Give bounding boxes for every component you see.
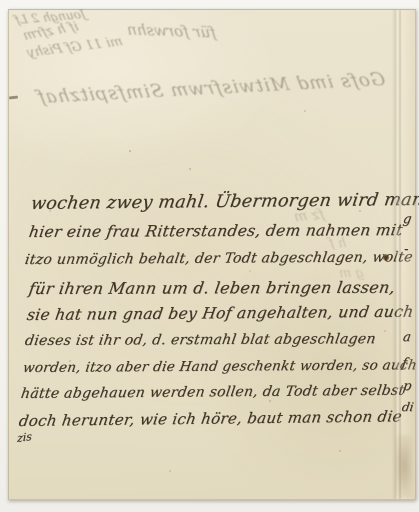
catchword-mark: zis <box>16 430 33 445</box>
ink-blot <box>383 254 389 261</box>
body-line: hier eine frau Ritterstandes, dem nahmen… <box>29 221 403 241</box>
fragment-text: di <box>401 400 415 414</box>
body-line-text: worden, itzo aber die Hand geschenkt wor… <box>22 357 418 376</box>
body-line: dieses ist ihr od, d. erstmahl blat abge… <box>25 331 376 349</box>
body-line: itzo unmöglich behalt, der Todt abgeschl… <box>25 249 413 268</box>
body-line-text: für ihren Mann um d. leben bringen lasse… <box>28 278 397 298</box>
body-line-text: doch herunter, wie ich höre, baut man sc… <box>18 407 403 430</box>
margin-ink-fragment: g <box>403 212 411 227</box>
margin-ink-fragment: p <box>403 379 411 394</box>
letter-paper: Joungh 2 Lf if h zfrm mi 11 Gf Pishy für… <box>8 9 416 500</box>
body-line-text: hätte abgehauen werden sollen, da Todt a… <box>20 383 406 402</box>
body-line-text: sie hat nun gnad bey Hof angehalten, und… <box>26 303 415 324</box>
margin-ink-fragment: a <box>403 330 411 345</box>
fragment-text: p <box>402 379 413 394</box>
body-line: sie hat nun gnad bey Hof angehalten, und… <box>27 303 414 324</box>
paper-speckles <box>129 150 131 152</box>
body-line: worden, itzo aber die Hand geschenkt wor… <box>23 357 417 376</box>
margin-ink-fragment: di <box>402 400 414 414</box>
fragment-text: a <box>402 330 412 345</box>
bleedthrough-text: Gofs imd Mitwisfrwm Simfspitzhaf <box>35 69 387 108</box>
body-line-text: hier eine frau Ritterstandes, dem nahmen… <box>28 221 404 241</box>
body-line: hätte abgehauen werden sollen, da Todt a… <box>21 383 405 402</box>
body-line-text: wochen zwey mahl. Übermorgen wird man <box>30 190 419 214</box>
body-line: doch herunter, wie ich höre, baut man sc… <box>19 407 402 430</box>
bleedthrough-title-line: für forwshn <box>127 20 216 41</box>
body-line-text: itzo unmöglich behalt, der Todt abgeschl… <box>24 249 414 268</box>
edge-ink-mark <box>9 96 18 100</box>
body-line-text: dieses ist ihr od, d. erstmahl blat abge… <box>24 331 377 349</box>
margin-ink-fragment: f <box>402 356 407 371</box>
bleedthrough-mid-line: Gofs imd Mitwisfrwm Simfspitzhaf <box>37 69 386 108</box>
catchword-text: zis <box>17 430 32 445</box>
edge-stain <box>395 435 413 497</box>
body-line: wochen zwey mahl. Übermorgen wird man <box>31 190 419 214</box>
fragment-text: g <box>402 212 413 227</box>
body-line: für ihren Mann um d. leben bringen lasse… <box>29 278 395 298</box>
bleedthrough-text: für forwshn <box>126 20 217 41</box>
margin-ink-fragment: - <box>404 242 408 257</box>
